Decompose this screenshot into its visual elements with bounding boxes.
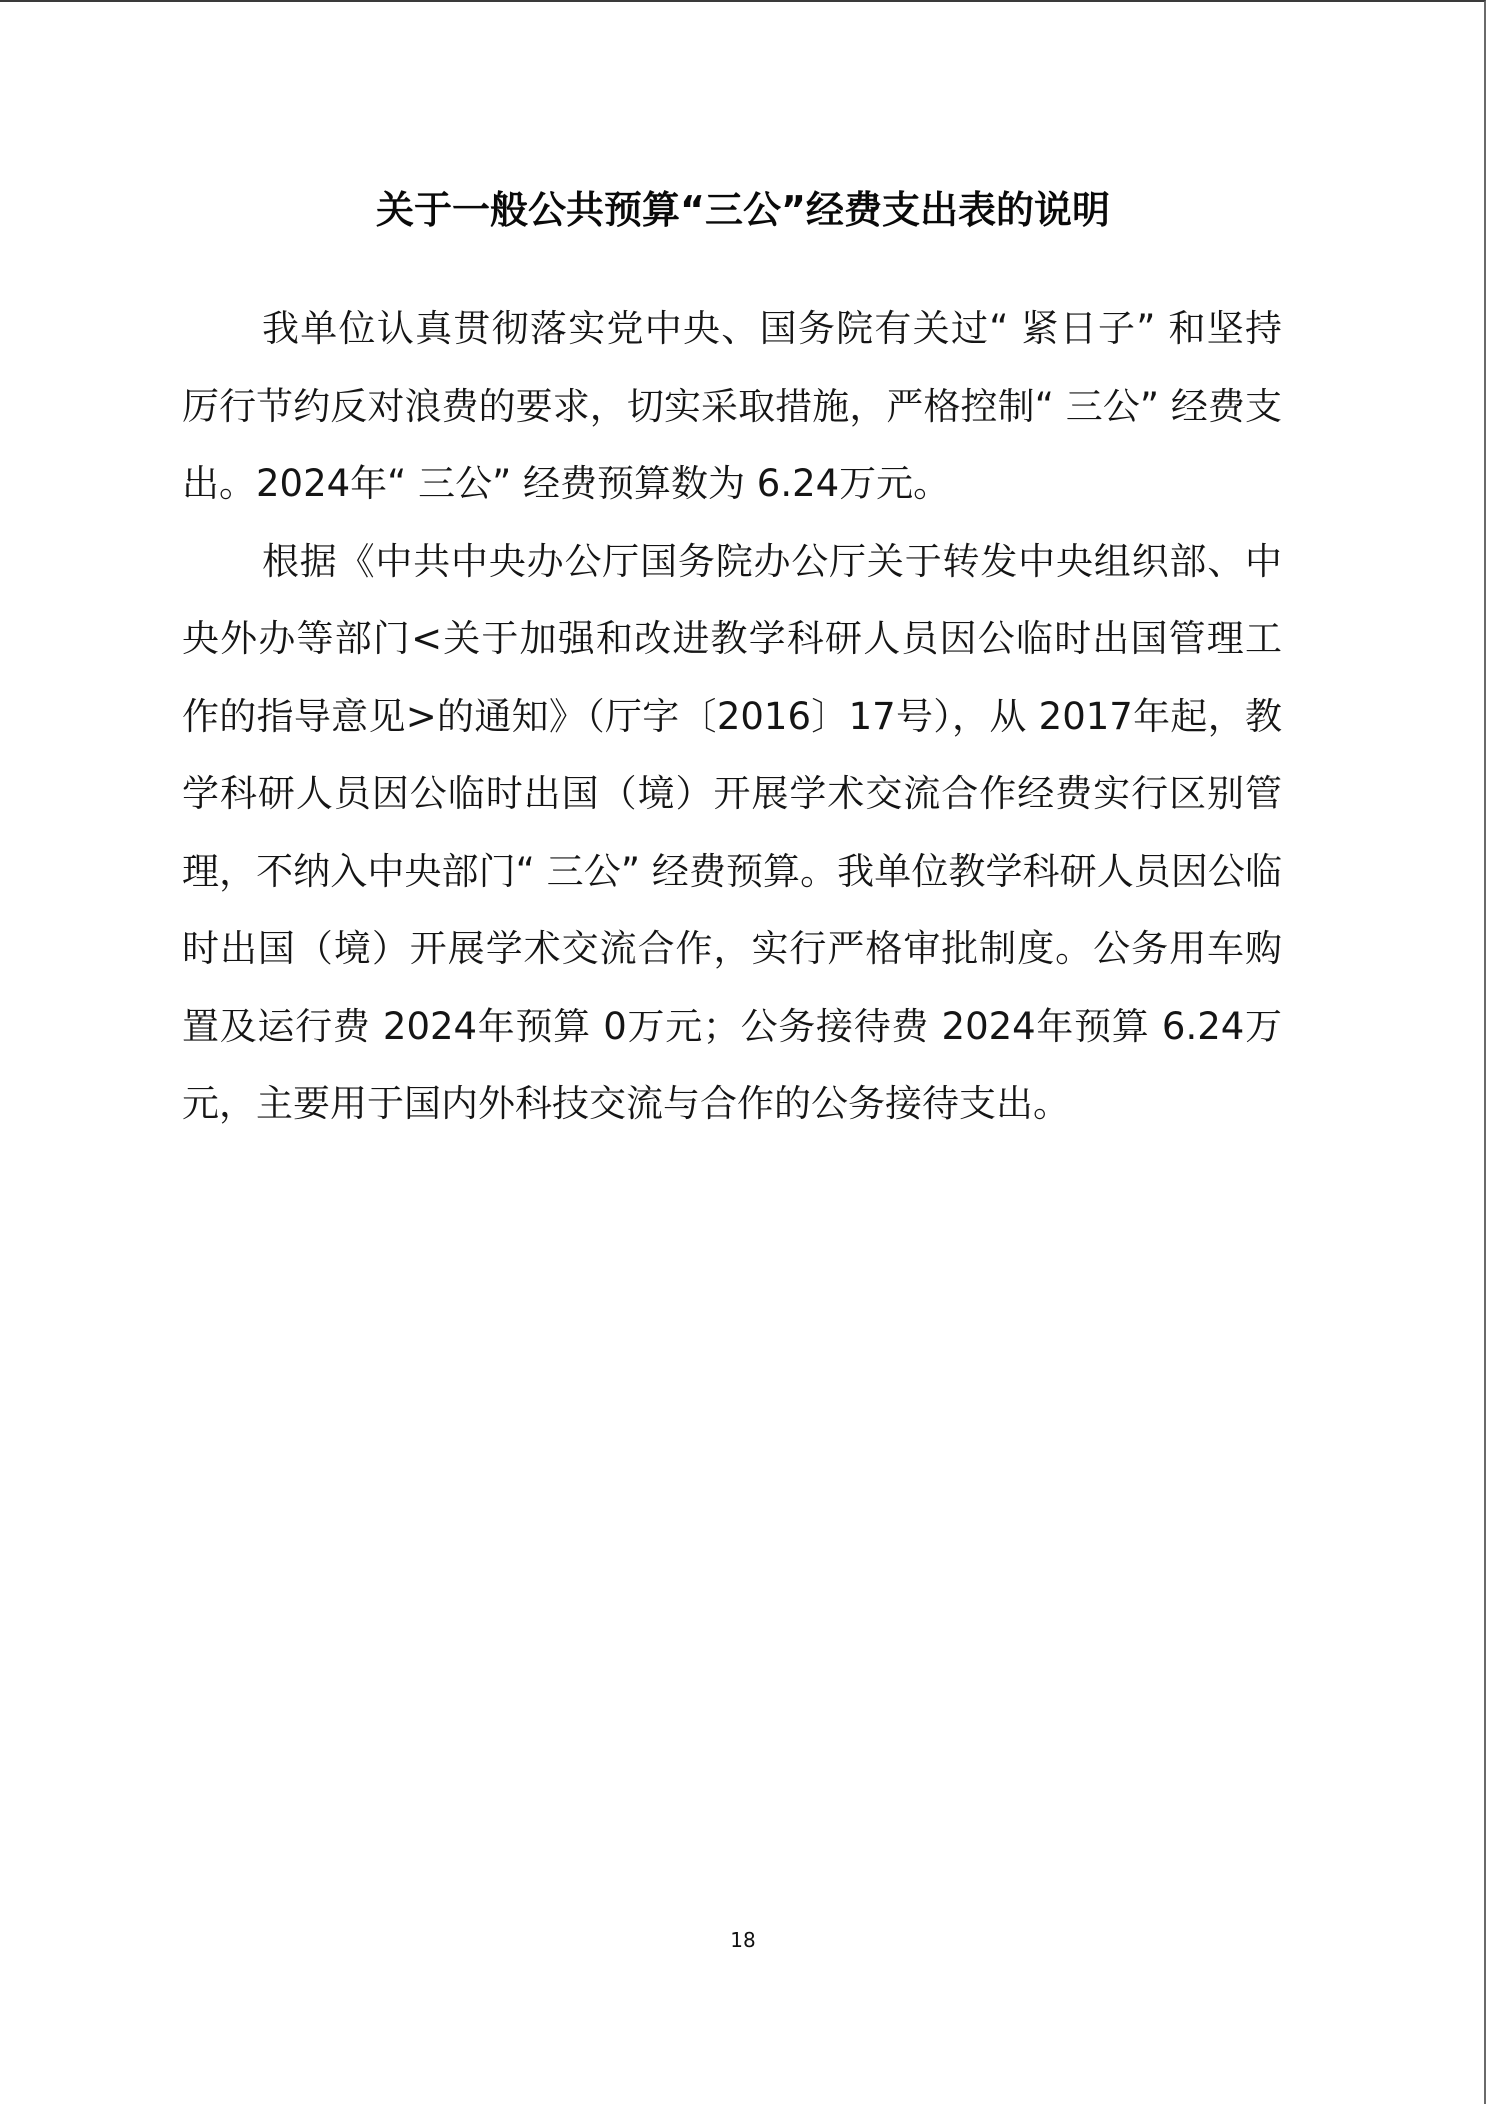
document-body: 我单位认真贯彻落实党中央、国务院有关过“ 紧日子” 和坚持厉行节约反对浪费的要求… xyxy=(182,290,1282,1143)
paragraph-budget-summary: 我单位认真贯彻落实党中央、国务院有关过“ 紧日子” 和坚持厉行节约反对浪费的要求… xyxy=(182,290,1282,523)
document-title: 关于一般公共预算“三公”经费支出表的说明 xyxy=(0,182,1486,238)
page-number: 18 xyxy=(0,1928,1486,1952)
paragraph-policy-details: 根据《中共中央办公厅国务院办公厅关于转发中央组织部、中央外办等部门<关于加强和改… xyxy=(182,523,1282,1143)
document-page: 关于一般公共预算“三公”经费支出表的说明 我单位认真贯彻落实党中央、国务院有关过… xyxy=(0,0,1486,2104)
